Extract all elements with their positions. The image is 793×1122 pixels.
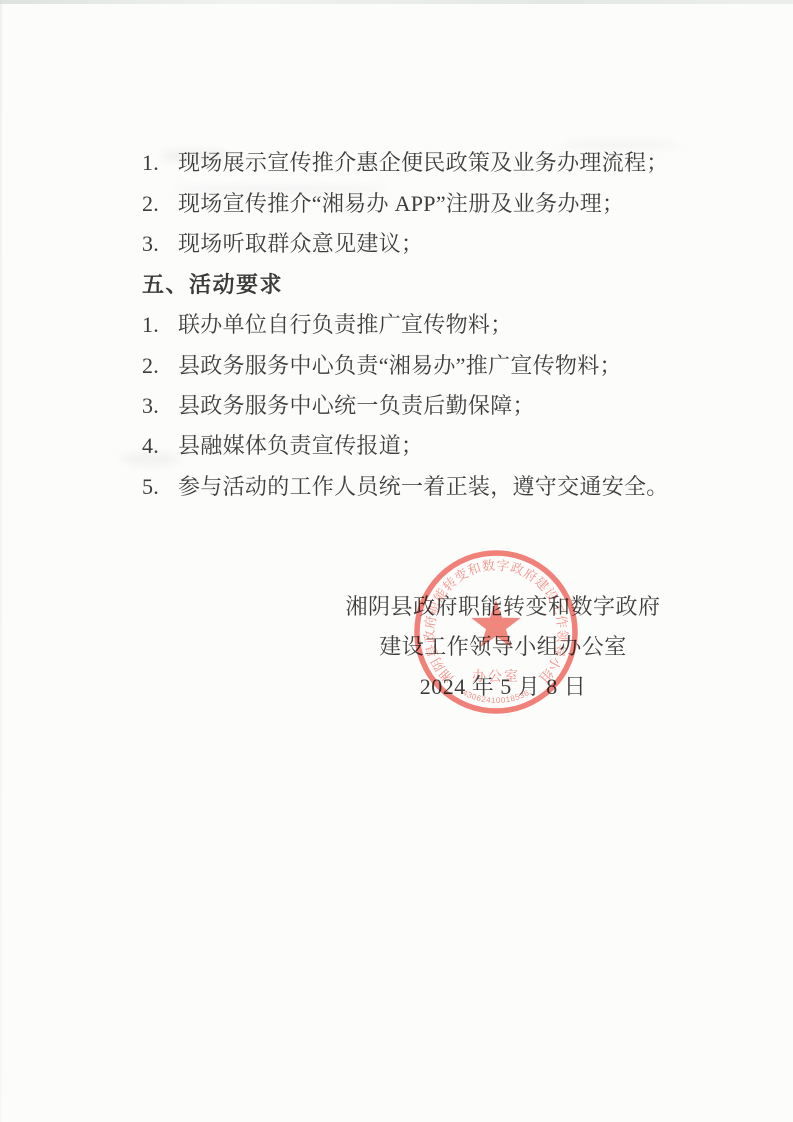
scan-artifact-left-edge bbox=[0, 0, 2, 1122]
signature-date: 2024 年 5 月 8 日 bbox=[303, 674, 703, 700]
list-item-text: 参与活动的工作人员统一着正装，遵守交通安全。 bbox=[178, 474, 669, 499]
list-item-number: 4. bbox=[142, 433, 178, 459]
list-item-number: 1. bbox=[142, 150, 178, 176]
list-item-number: 3. bbox=[142, 231, 178, 257]
signature-org-line1: 湘阴县政府职能转变和数字政府 bbox=[303, 594, 703, 620]
list-item-text: 现场宣传推介“湘易办 APP”注册及业务办理； bbox=[178, 191, 624, 216]
list-item-text: 县融媒体负责宣传报道； bbox=[178, 433, 423, 458]
list-item-number: 2. bbox=[142, 353, 178, 379]
list-item: 5.参与活动的工作人员统一着正装，遵守交通安全。 bbox=[142, 474, 702, 500]
list-item-number: 5. bbox=[142, 474, 178, 500]
list-item-number: 2. bbox=[142, 191, 178, 217]
list-item-number: 1. bbox=[142, 312, 178, 338]
list-item: 3.县政务服务中心统一负责后勤保障； bbox=[142, 393, 702, 419]
list-item: 4.县融媒体负责宣传报道； bbox=[142, 433, 702, 459]
list-item: 2.现场宣传推介“湘易办 APP”注册及业务办理； bbox=[142, 191, 702, 217]
list-item-text: 现场听取群众意见建议； bbox=[178, 231, 423, 256]
list-item-number: 3. bbox=[142, 393, 178, 419]
seal-arc-text: 湘阴县政府职能转变和数字政府建设工作领导小组 bbox=[422, 558, 571, 686]
list-item: 1.联办单位自行负责推广宣传物料； bbox=[142, 312, 702, 338]
list-item-text: 县政务服务中心负责“湘易办”推广宣传物料； bbox=[178, 353, 622, 378]
list-item-text: 联办单位自行负责推广宣传物料； bbox=[178, 312, 513, 337]
scan-artifact-top-edge bbox=[0, 0, 793, 4]
list-item-text: 现场展示宣传推介惠企便民政策及业务办理流程； bbox=[178, 150, 669, 175]
signature-org-line2: 建设工作领导小组办公室 bbox=[303, 634, 703, 660]
svg-text:湘阴县政府职能转变和数字政府建设工作领导小组: 湘阴县政府职能转变和数字政府建设工作领导小组 bbox=[422, 558, 571, 686]
scan-smudge bbox=[560, 140, 680, 150]
list-item: 2.县政务服务中心负责“湘易办”推广宣传物料； bbox=[142, 353, 702, 379]
section-heading: 五、活动要求 bbox=[142, 272, 702, 298]
list-item: 3.现场听取群众意见建议； bbox=[142, 231, 702, 257]
list-item: 1.现场展示宣传推介惠企便民政策及业务办理流程； bbox=[142, 150, 702, 176]
list-item-text: 县政务服务中心统一负责后勤保障； bbox=[178, 393, 535, 418]
